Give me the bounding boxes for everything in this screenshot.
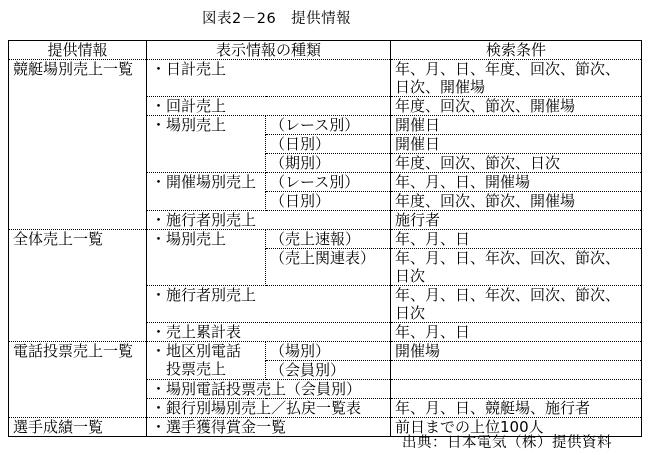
group-label-player-results: 選手成績一覧 — [9, 418, 147, 437]
cell-criteria: 年、月、日 — [391, 230, 642, 249]
group-label-phone-voting-sales: 電話投票売上一覧 — [9, 342, 147, 418]
cell-item: ・銀行別場別売上／払戻一覧表 — [147, 399, 391, 418]
cell-criteria: 開催日 — [391, 135, 642, 154]
cell-criteria: 年、月、日、開催場 — [391, 173, 642, 192]
cell-subtype: （売上関連表） — [266, 249, 391, 286]
cell-subtype: （日別） — [266, 135, 391, 154]
cell-item: ・場別売上 — [147, 230, 266, 286]
cell-criteria: 開催場 — [391, 342, 642, 361]
cell-criteria: 年、月、日、年度、回次、節次、 日次、開催場 — [391, 60, 642, 97]
group-label-venue-sales: 競艇場別売上一覧 — [9, 60, 147, 230]
group-label-overall-sales: 全体売上一覧 — [9, 230, 147, 342]
cell-item: ・売上累計表 — [147, 323, 391, 342]
header-search-criteria: 検索条件 — [391, 41, 642, 60]
cell-subtype: （レース別） — [266, 173, 391, 192]
cell-item: ・施行者別売上 — [147, 211, 391, 230]
provided-information-table: 提供情報 表示情報の種類 検索条件 競艇場別売上一覧 ・日計売上 年、月、日、年… — [8, 40, 642, 437]
table-row: 全体売上一覧 ・場別売上 （売上速報） 年、月、日 — [9, 230, 642, 249]
cell-criteria — [391, 380, 642, 399]
cell-item: ・選手獲得賞金一覧 — [147, 418, 391, 437]
cell-item: ・日計売上 — [147, 60, 391, 97]
document-page: 図表2－26 提供情報 提供情報 表示情報の種類 検索条件 競艇場別売上一覧 ・… — [0, 0, 650, 455]
cell-criteria: 年度、回次、節次、開催場 — [391, 192, 642, 211]
cell-criteria: 年、月、日、年次、回次、節次、 日次 — [391, 286, 642, 323]
cell-item: ・開催場別売上 — [147, 173, 266, 211]
cell-subtype: （会員別） — [266, 361, 391, 380]
cell-criteria — [391, 361, 642, 380]
header-info-type: 表示情報の種類 — [147, 41, 391, 60]
cell-criteria: 年、月、日、競艇場、施行者 — [391, 399, 642, 418]
cell-criteria: 開催日 — [391, 116, 642, 135]
header-row: 提供情報 表示情報の種類 検索条件 — [9, 41, 642, 60]
cell-item: ・地区別電話 投票売上 — [147, 342, 266, 380]
cell-subtype: （売上速報） — [266, 230, 391, 249]
figure-title: 図表2－26 提供情報 — [202, 7, 351, 28]
cell-criteria: 年度、回次、節次、日次 — [391, 154, 642, 173]
cell-item: ・施行者別売上 — [147, 286, 391, 323]
cell-criteria: 年度、回次、節次、開催場 — [391, 97, 642, 116]
cell-item: ・回計売上 — [147, 97, 391, 116]
cell-criteria: 年、月、日 — [391, 323, 642, 342]
cell-subtype: （日別） — [266, 192, 391, 211]
cell-item: ・場別売上 — [147, 116, 266, 173]
cell-subtype: （期別） — [266, 154, 391, 173]
cell-subtype: （レース別） — [266, 116, 391, 135]
header-provided-info: 提供情報 — [9, 41, 147, 60]
cell-criteria: 年、月、日、年次、回次、節次、 日次 — [391, 249, 642, 286]
cell-subtype: （場別） — [266, 342, 391, 361]
table-row: 競艇場別売上一覧 ・日計売上 年、月、日、年度、回次、節次、 日次、開催場 — [9, 60, 642, 97]
source-note: 出典：日本電気（株）提供資料 — [402, 431, 612, 452]
cell-item: ・場別電話投票売上（会員別） — [147, 380, 391, 399]
table-row: 電話投票売上一覧 ・地区別電話 投票売上 （場別） 開催場 — [9, 342, 642, 361]
cell-criteria: 施行者 — [391, 211, 642, 230]
